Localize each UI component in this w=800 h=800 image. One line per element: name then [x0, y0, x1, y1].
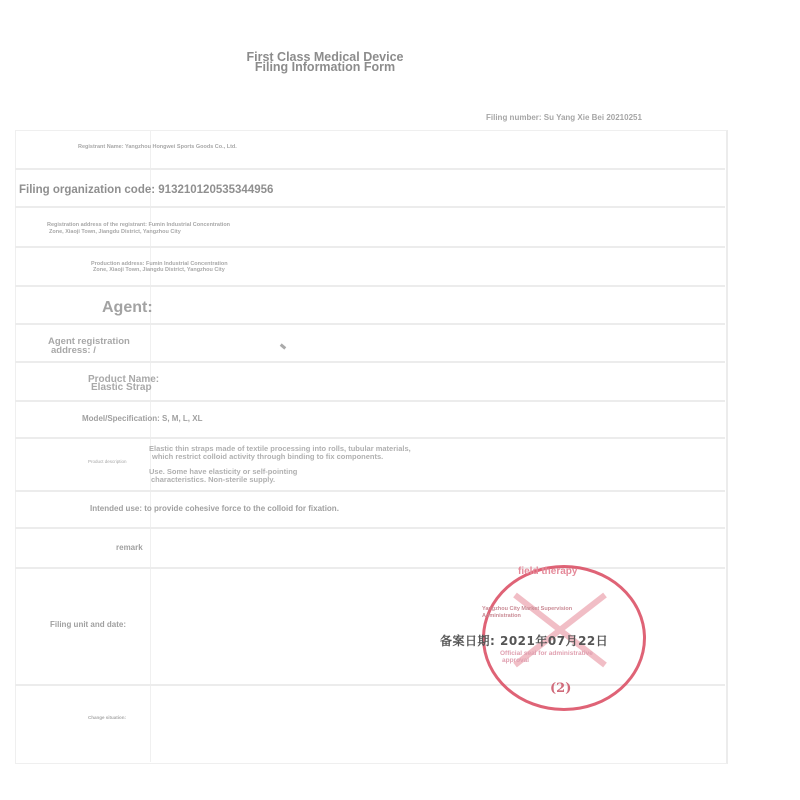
seal-authority-line2: Administration	[482, 613, 521, 620]
row-divider	[15, 527, 725, 529]
model-specification: Model/Specification: S, M, L, XL	[82, 414, 202, 423]
product-description-line4: characteristics. Non-sterile supply.	[151, 476, 275, 484]
agent-address-line2: address: /	[51, 346, 96, 355]
seal-authority-line1: Yangzhou City Market Supervision	[482, 606, 572, 613]
row-divider	[15, 168, 725, 170]
row-divider	[15, 206, 725, 208]
row-divider	[15, 567, 725, 569]
registrant-name: Registrant Name: Yangzhou Hongwei Sports…	[78, 144, 237, 151]
seal-official-line2: approval	[502, 657, 529, 664]
row-divider	[15, 285, 725, 287]
intended-use: Intended use: to provide cohesive force …	[90, 504, 339, 513]
registration-address-line1: Registration address of the registrant: …	[47, 222, 230, 229]
remark-label: remark	[116, 543, 143, 552]
row-divider	[15, 490, 725, 492]
form-title-line2: Filing Information Form	[0, 62, 650, 73]
product-description-label: Product description	[88, 459, 127, 464]
seal-top-text: field therapy	[518, 566, 577, 577]
row-divider	[15, 361, 725, 363]
row-divider	[15, 437, 725, 439]
filing-organization-code: Filing organization code: 91321012053534…	[19, 184, 273, 196]
seal-official-line1: Official seal for administrative	[500, 650, 593, 657]
row-divider	[15, 400, 725, 402]
row-divider	[15, 323, 725, 325]
seal-number: (2)	[550, 681, 571, 696]
product-description-line2: which restrict colloid activity through …	[152, 453, 383, 461]
change-situation-label: Change situation:	[88, 715, 126, 720]
agent-label: Agent:	[102, 299, 153, 317]
product-name-value: Elastic Strap	[91, 384, 152, 392]
filing-date: 备案日期: 2021年07月22日	[440, 632, 608, 649]
production-address-line2: Zone, Xiaoji Town, Jiangdu District, Yan…	[93, 267, 225, 274]
registration-address-line2: Zone, Xiaoji Town, Jiangdu District, Yan…	[49, 229, 181, 236]
row-divider	[15, 246, 725, 248]
filing-unit-date-label: Filing unit and date:	[50, 620, 126, 629]
filing-number: Filing number: Su Yang Xie Bei 20210251	[486, 113, 642, 122]
